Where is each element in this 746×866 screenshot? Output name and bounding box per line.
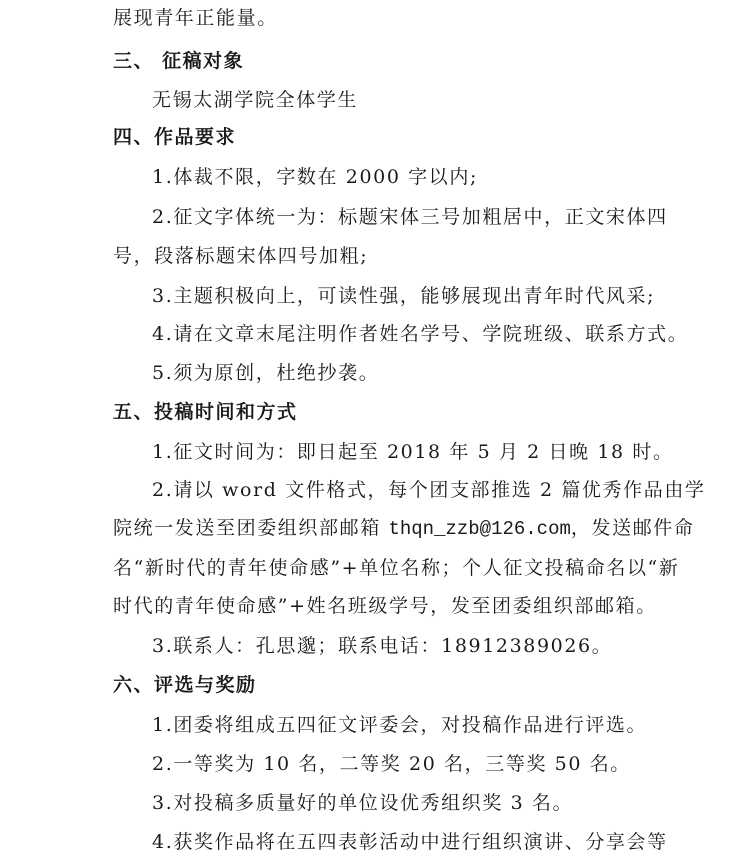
submission-item-2: 2.请以 word 文件格式，每个团支部推选 2 篇优秀作品由学 [152, 478, 706, 502]
submission-item-2-cont-text: 院统一发送至团委组织部邮箱 [113, 517, 388, 539]
submission-item-1: 1.征文时间为：即日起至 2018 年 5 月 2 日晚 18 时。 [152, 440, 674, 464]
requirement-item-4: 4.请在文章末尾注明作者姓名学号、学院班级、联系方式。 [152, 322, 688, 346]
requirement-item-5: 5.须为原创，杜绝抄袭。 [152, 361, 379, 385]
requirement-item-3: 3.主题积极向上，可读性强，能够展现出青年时代风采; [152, 284, 655, 308]
requirement-item-2-cont: 号，段落标题宋体四号加粗; [113, 244, 368, 268]
recipients-text: 无锡太湖学院全体学生 [152, 88, 358, 112]
submission-item-2-cont-3: 时代的青年使命感”+姓名班级学号，发至团委组织部邮箱。 [113, 594, 657, 618]
award-item-3: 3.对投稿多质量好的单位设优秀组织奖 3 名。 [152, 791, 573, 815]
contact-item: 3.联系人：孔思邈；联系电话：18912389026。 [152, 634, 612, 658]
award-item-1: 1.团委将组成五四征文评委会，对投稿作品进行评选。 [152, 713, 647, 737]
continuation-text: 展现青年正能量。 [113, 6, 278, 30]
submission-item-2-cont-text-2: ，发送邮件命 [571, 517, 695, 539]
email-address: thqn_zzb@126.com [388, 518, 570, 540]
document-page: 展现青年正能量。 三、 征稿对象 无锡太湖学院全体学生 四、作品要求 1.体裁不… [0, 0, 746, 866]
section-heading-recipients: 三、 征稿对象 [113, 49, 244, 73]
award-item-4: 4.获奖作品将在五四表彰活动中进行组织演讲、分享会等 [152, 830, 668, 854]
section-heading-awards: 六、评选与奖励 [113, 673, 257, 697]
requirement-item-1: 1.体裁不限，字数在 2000 字以内; [152, 165, 478, 189]
section-heading-requirements: 四、作品要求 [113, 125, 236, 149]
submission-item-2-cont-2: 名“新时代的青年使命感”+单位名称；个人征文投稿命名以“新 [113, 556, 679, 580]
submission-item-2-cont: 院统一发送至团委组织部邮箱 thqn_zzb@126.com，发送邮件命 [113, 516, 695, 541]
award-item-2: 2.一等奖为 10 名，二等奖 20 名，三等奖 50 名。 [152, 752, 631, 776]
section-heading-submission: 五、投稿时间和方式 [113, 400, 298, 424]
requirement-item-2: 2.征文字体统一为：标题宋体三号加粗居中，正文宋体四 [152, 205, 668, 229]
